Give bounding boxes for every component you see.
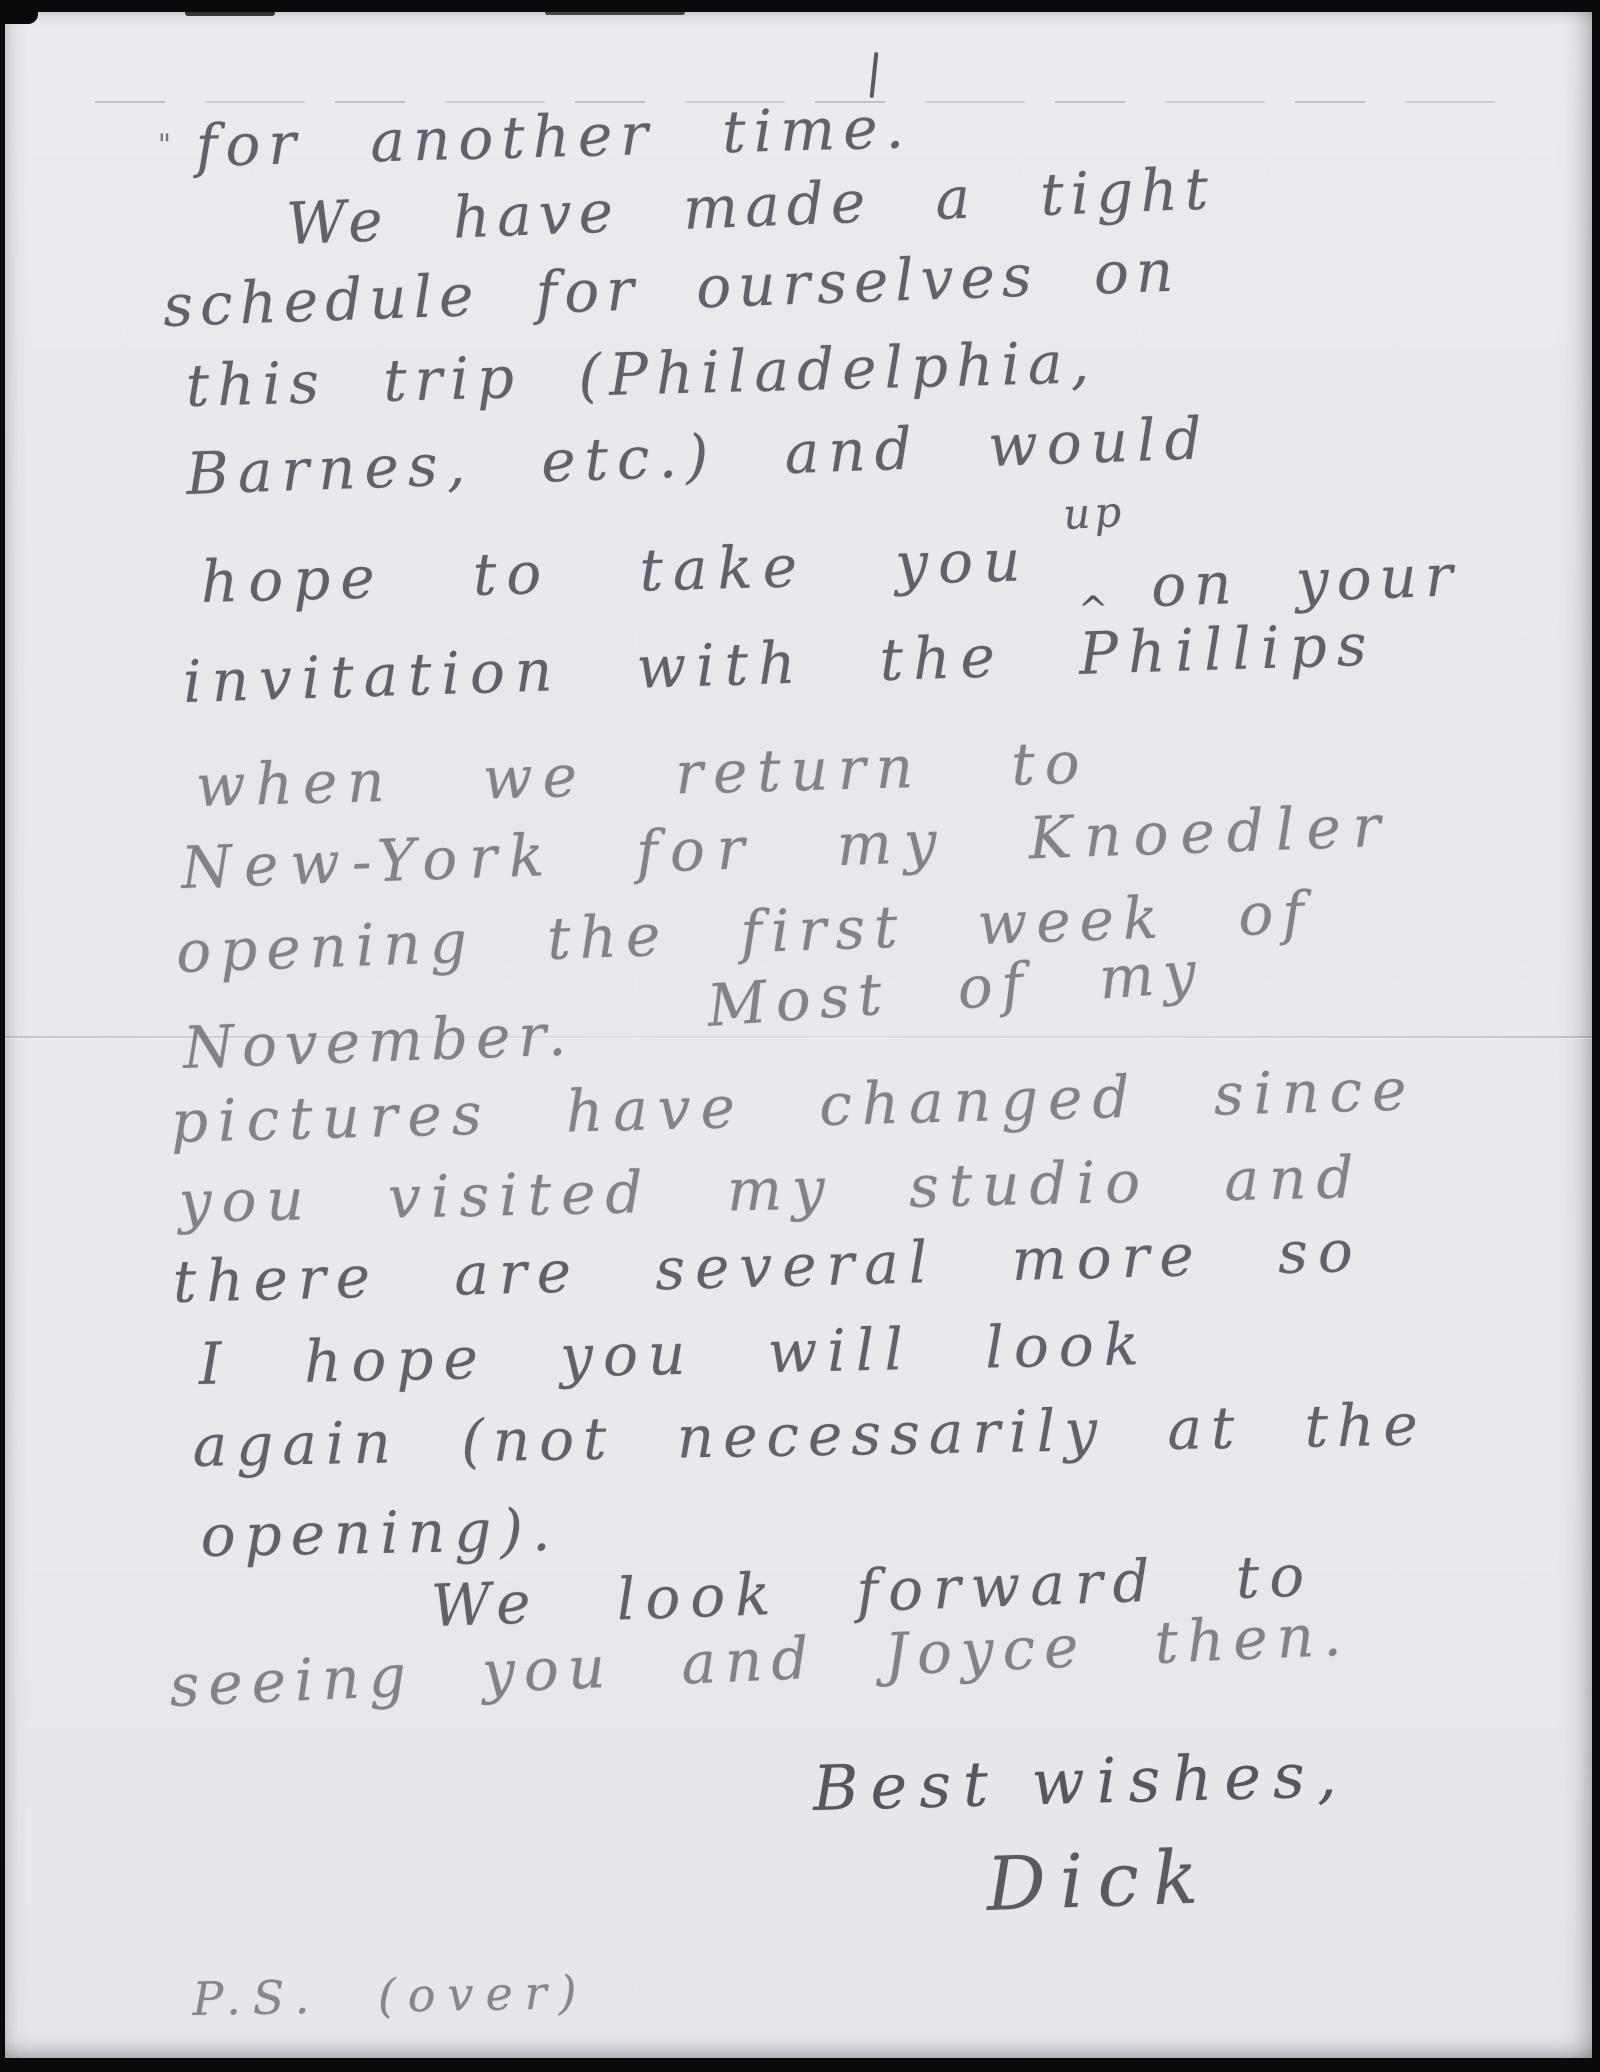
scan-corner-mark (0, 0, 38, 24)
letter-line-continuation: on your (1150, 541, 1462, 620)
letter-line: opening). (200, 1496, 560, 1570)
signature: Dick (985, 1834, 1213, 1928)
scan-edge-artifact (185, 10, 275, 16)
scanned-letter-page: " for another time. We have made a tight… (0, 0, 1600, 2072)
closing-line: Best wishes, (812, 1738, 1349, 1825)
letter-line: November. (182, 1000, 575, 1082)
postscript: P.S. (over) (192, 1965, 589, 2026)
scan-edge-bottom (0, 2058, 1600, 2072)
inserted-word: up (1062, 487, 1126, 539)
stray-ink-mark: " (158, 128, 171, 161)
scan-edge-artifact (545, 10, 685, 15)
scan-edge-right (1592, 0, 1600, 2072)
